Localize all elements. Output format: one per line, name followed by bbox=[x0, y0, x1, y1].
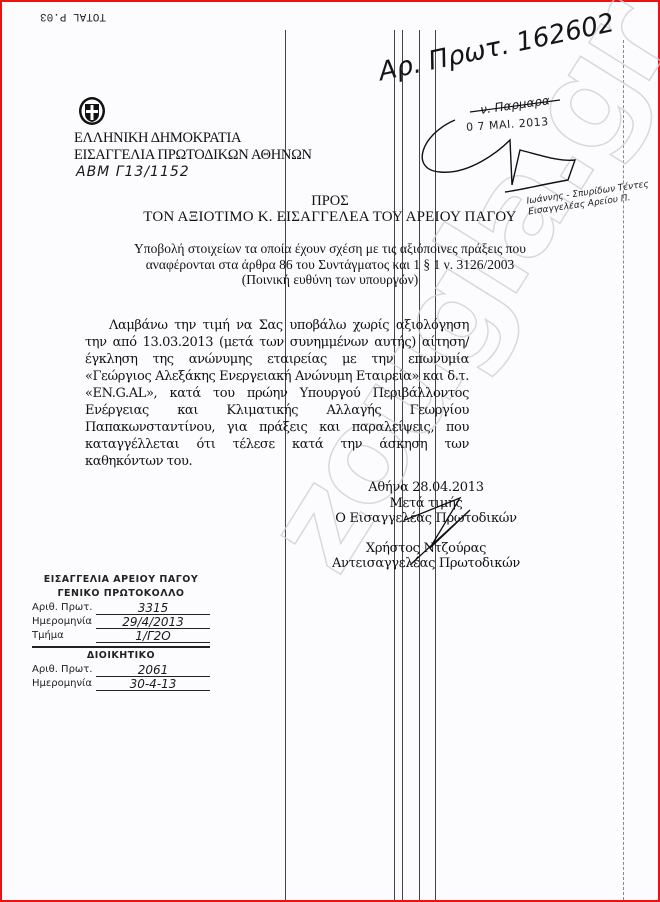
body-text: Λαμβάνω την τιμή να Σας υποβάλω χωρίς αξ… bbox=[85, 317, 469, 470]
signatory-role: Αντεισαγγελέας Πρωτοδικών bbox=[316, 556, 536, 572]
subject: Υποβολή στοιχείων τα οποία έχουν σχέση μ… bbox=[0, 241, 660, 288]
signature-block: Αθήνα 28.04.2013 Μετά τιμής Ο Εισαγγελέα… bbox=[316, 480, 536, 572]
stamp-row: Ημερομηνία 29/4/2013 bbox=[32, 615, 210, 629]
registry-stamp: ΕΙΣΑΓΓΕΛΙΑ ΑΡΕΙΟΥ ΠΑΓΟΥ ΓΕΝΙΚΟ ΠΡΩΤΟΚΟΛΛ… bbox=[32, 573, 210, 691]
stamp-section2-title: ΔΙΟΙΚΗΤΙΚΟ bbox=[32, 649, 210, 663]
stamp-header1: ΕΙΣΑΓΓΕΛΙΑ ΑΡΕΙΟΥ ΠΑΓΟΥ bbox=[32, 573, 210, 587]
stamp-row: Τμήμα 1/Γ2Ο bbox=[32, 629, 210, 643]
stamp-row: Αριθ. Πρωτ. 3315 bbox=[32, 601, 210, 615]
place-date: Αθήνα 28.04.2013 bbox=[316, 480, 536, 496]
recipient-pros: ΠΡΟΣ bbox=[0, 193, 660, 210]
closing: Μετά τιμής bbox=[316, 496, 536, 512]
body-paragraph: Λαμβάνω την τιμή να Σας υποβάλω χωρίς αξ… bbox=[85, 317, 469, 470]
stamp-row: Αριθ. Πρωτ. 2061 bbox=[32, 663, 210, 677]
subject-line3: (Ποινική ευθύνη των υπουργών) bbox=[0, 272, 660, 288]
stamp-header2: ΓΕΝΙΚΟ ΠΡΩΤΟΚΟΛΛΟ bbox=[32, 587, 210, 601]
stamp-row: Ημερομηνία 30-4-13 bbox=[32, 677, 210, 691]
signatory-name: Χρήστος Ντζούρας bbox=[316, 541, 536, 557]
recipient-line: ΤΟΝ ΑΞΙΟΤΙΜΟ Κ. ΕΙΣΑΓΓΕΛΕΑ ΤΟΥ ΑΡΕΙΟΥ ΠΑ… bbox=[0, 209, 660, 226]
signatory-title: Ο Εισαγγελέας Πρωτοδικών bbox=[316, 511, 536, 527]
subject-line1: Υποβολή στοιχείων τα οποία έχουν σχέση μ… bbox=[0, 241, 660, 257]
subject-line2: αναφέρονται στα άρθρα 86 του Συντάγματος… bbox=[0, 257, 660, 273]
